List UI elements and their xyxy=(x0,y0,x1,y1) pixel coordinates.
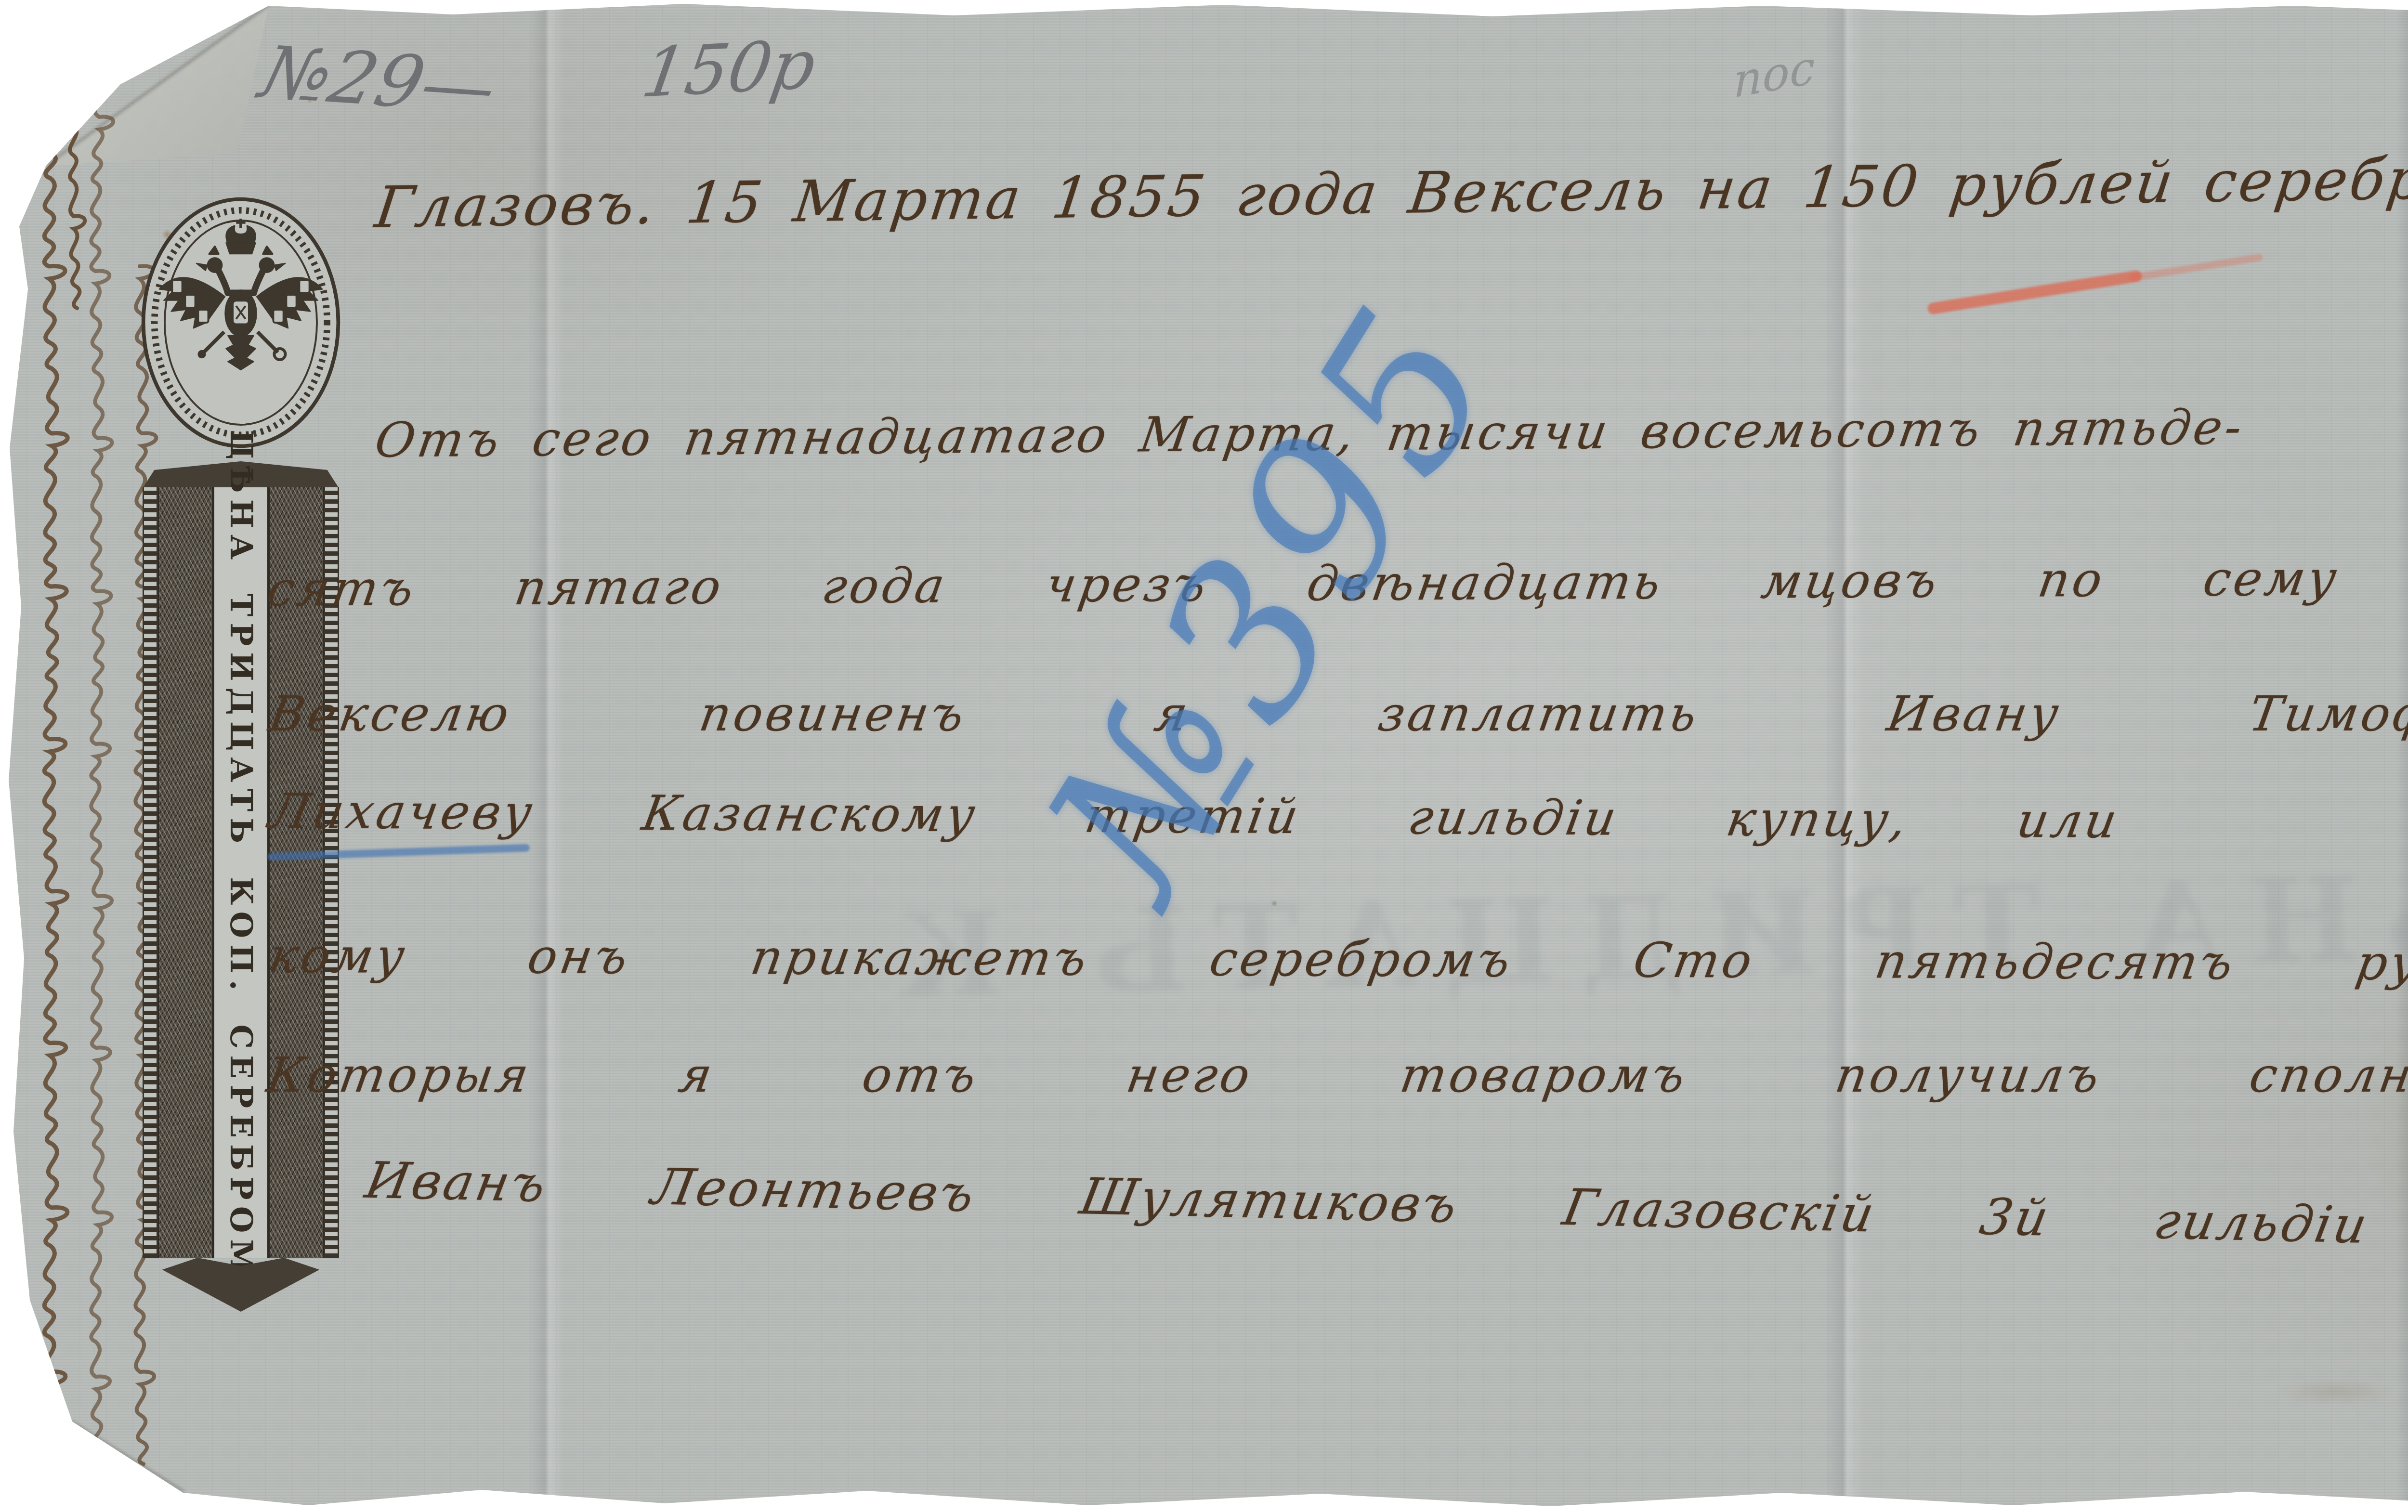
verso-showthrough-text: ЦѢНА ТРИДЦАТЬ КОП. СЕРЕБРОМЪ xyxy=(888,844,2408,1188)
marginal-handwriting-stroke xyxy=(70,52,87,308)
red-crayon-stroke-faint xyxy=(2129,253,2264,282)
left-column-price-text: ЦѢНА ТРИДЦАТЬ КОП. СЕРЕБРОМЪ xyxy=(223,430,259,1315)
pencil-amount-note: 150р xyxy=(637,25,821,113)
pencil-small-note: пос xyxy=(1733,40,1815,108)
left-column-label-strip: ЦѢНА ТРИДЦАТЬ КОП. СЕРЕБРОМЪ xyxy=(213,487,269,1258)
chain-border xyxy=(143,487,158,1258)
scan-background: ЦѢНА ТРИДЦАТЬ КОП. СЕРЕБРОМЪ xyxy=(0,0,2408,1512)
body-text-line: Которыя я отъ него товаромъ получилъ спо… xyxy=(263,1047,2408,1103)
pencil-registry-number: №29— xyxy=(252,31,505,130)
crosshatch-stripe xyxy=(158,487,213,1258)
red-crayon-stroke xyxy=(1927,270,2143,315)
dateline-handwriting: Глазовъ. 15 Марта 1855 года Вексель на 1… xyxy=(371,143,2408,240)
imperial-eagle-medallion-left xyxy=(139,188,343,457)
vertical-crease xyxy=(1825,0,1864,1512)
body-text-line: кому онъ прикажетъ серебромъ Сто пятьдес… xyxy=(265,927,2408,991)
promissory-note-sheet: ЦѢНА ТРИДЦАТЬ КОП. СЕРЕБРОМЪ xyxy=(0,0,2408,1512)
marginal-handwriting-stroke xyxy=(91,84,113,1469)
marginal-handwriting-stroke xyxy=(44,55,69,1464)
vertical-crease xyxy=(2396,0,2408,1512)
